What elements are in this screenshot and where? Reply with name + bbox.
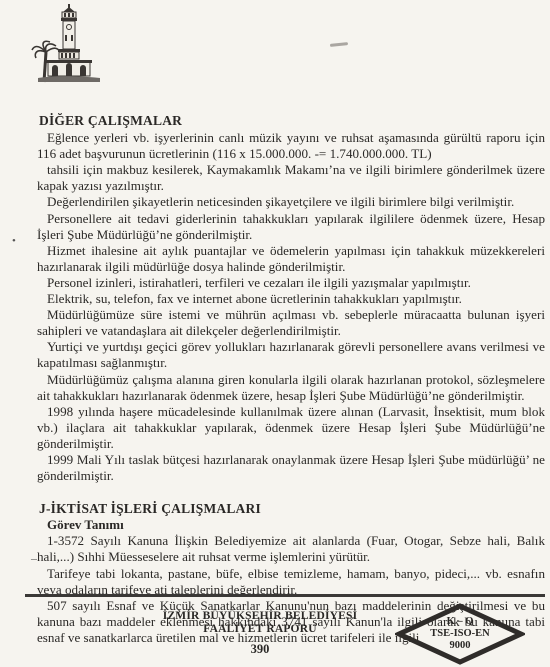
- section-heading-economy-works: J-İKTİSAT İŞLERİ ÇALIŞMALARI: [39, 501, 545, 517]
- footer-org-name: İZMİR BÜYÜKŞEHİR BELEDİYESİ: [150, 610, 370, 623]
- page-number: 390: [150, 642, 370, 657]
- paragraph: Müdürlüğümüz çalışma alanına giren konul…: [37, 372, 545, 404]
- subheading-job-description: Görev Tanımı: [47, 517, 545, 533]
- margin-mark: •: [12, 235, 16, 247]
- scan-smudge: [330, 42, 348, 47]
- document-body: DİĞER ÇALIŞMALAR Eğlence yerleri vb. işy…: [37, 113, 545, 646]
- footer-divider: [25, 594, 545, 597]
- paragraph: Hizmet ihalesine ait aylık puantajlar ve…: [37, 243, 545, 275]
- paragraph: Değerlendirilen şikayetlerin neticesinde…: [37, 194, 545, 210]
- paragraph: 1998 yılında haşere mücadelesinde kullan…: [37, 404, 545, 452]
- paragraph: Elektrik, su, telefon, fax ve internet a…: [37, 291, 545, 307]
- tse-iso-badge: K – Q TSE-ISO-EN 9000: [395, 603, 525, 665]
- badge-line-3: 9000: [395, 640, 525, 652]
- paragraph: tahsili için makbuz kesilerek, Kaymakaml…: [37, 162, 545, 194]
- footer-report-name: FAALİYET RAPORU: [150, 623, 370, 636]
- paragraph: Personellere ait tedavi giderlerinin tah…: [37, 211, 545, 243]
- paragraph: Eğlence yerleri vb. işyerlerinin canlı m…: [37, 130, 545, 162]
- footer-organization: İZMİR BÜYÜKŞEHİR BELEDİYESİ FAALİYET RAP…: [150, 610, 370, 636]
- badge-line-2: TSE-ISO-EN: [395, 628, 525, 640]
- paragraph: Personel izinleri, istirahatleri, terfil…: [37, 275, 545, 291]
- badge-line-1: K – Q: [395, 616, 525, 628]
- paragraph: Tarifeye tabi lokanta, pastane, büfe, el…: [37, 566, 545, 598]
- margin-dash: –: [31, 551, 37, 566]
- clock-tower-logo: [30, 2, 106, 84]
- section-heading-other-works: DİĞER ÇALIŞMALAR: [39, 113, 545, 129]
- paragraph: Yurtiçi ve yurtdışı geçici görev yollukl…: [37, 339, 545, 371]
- paragraph: 1999 Mali Yılı taslak bütçesi hazırlanar…: [37, 452, 545, 484]
- paragraph: Müdürlüğümüze süre istemi ve mührün açıl…: [37, 307, 545, 339]
- paragraph: 1-3572 Sayılı Kanuna İlişkin Belediyemiz…: [37, 533, 545, 565]
- clock-tower-icon: [30, 2, 106, 84]
